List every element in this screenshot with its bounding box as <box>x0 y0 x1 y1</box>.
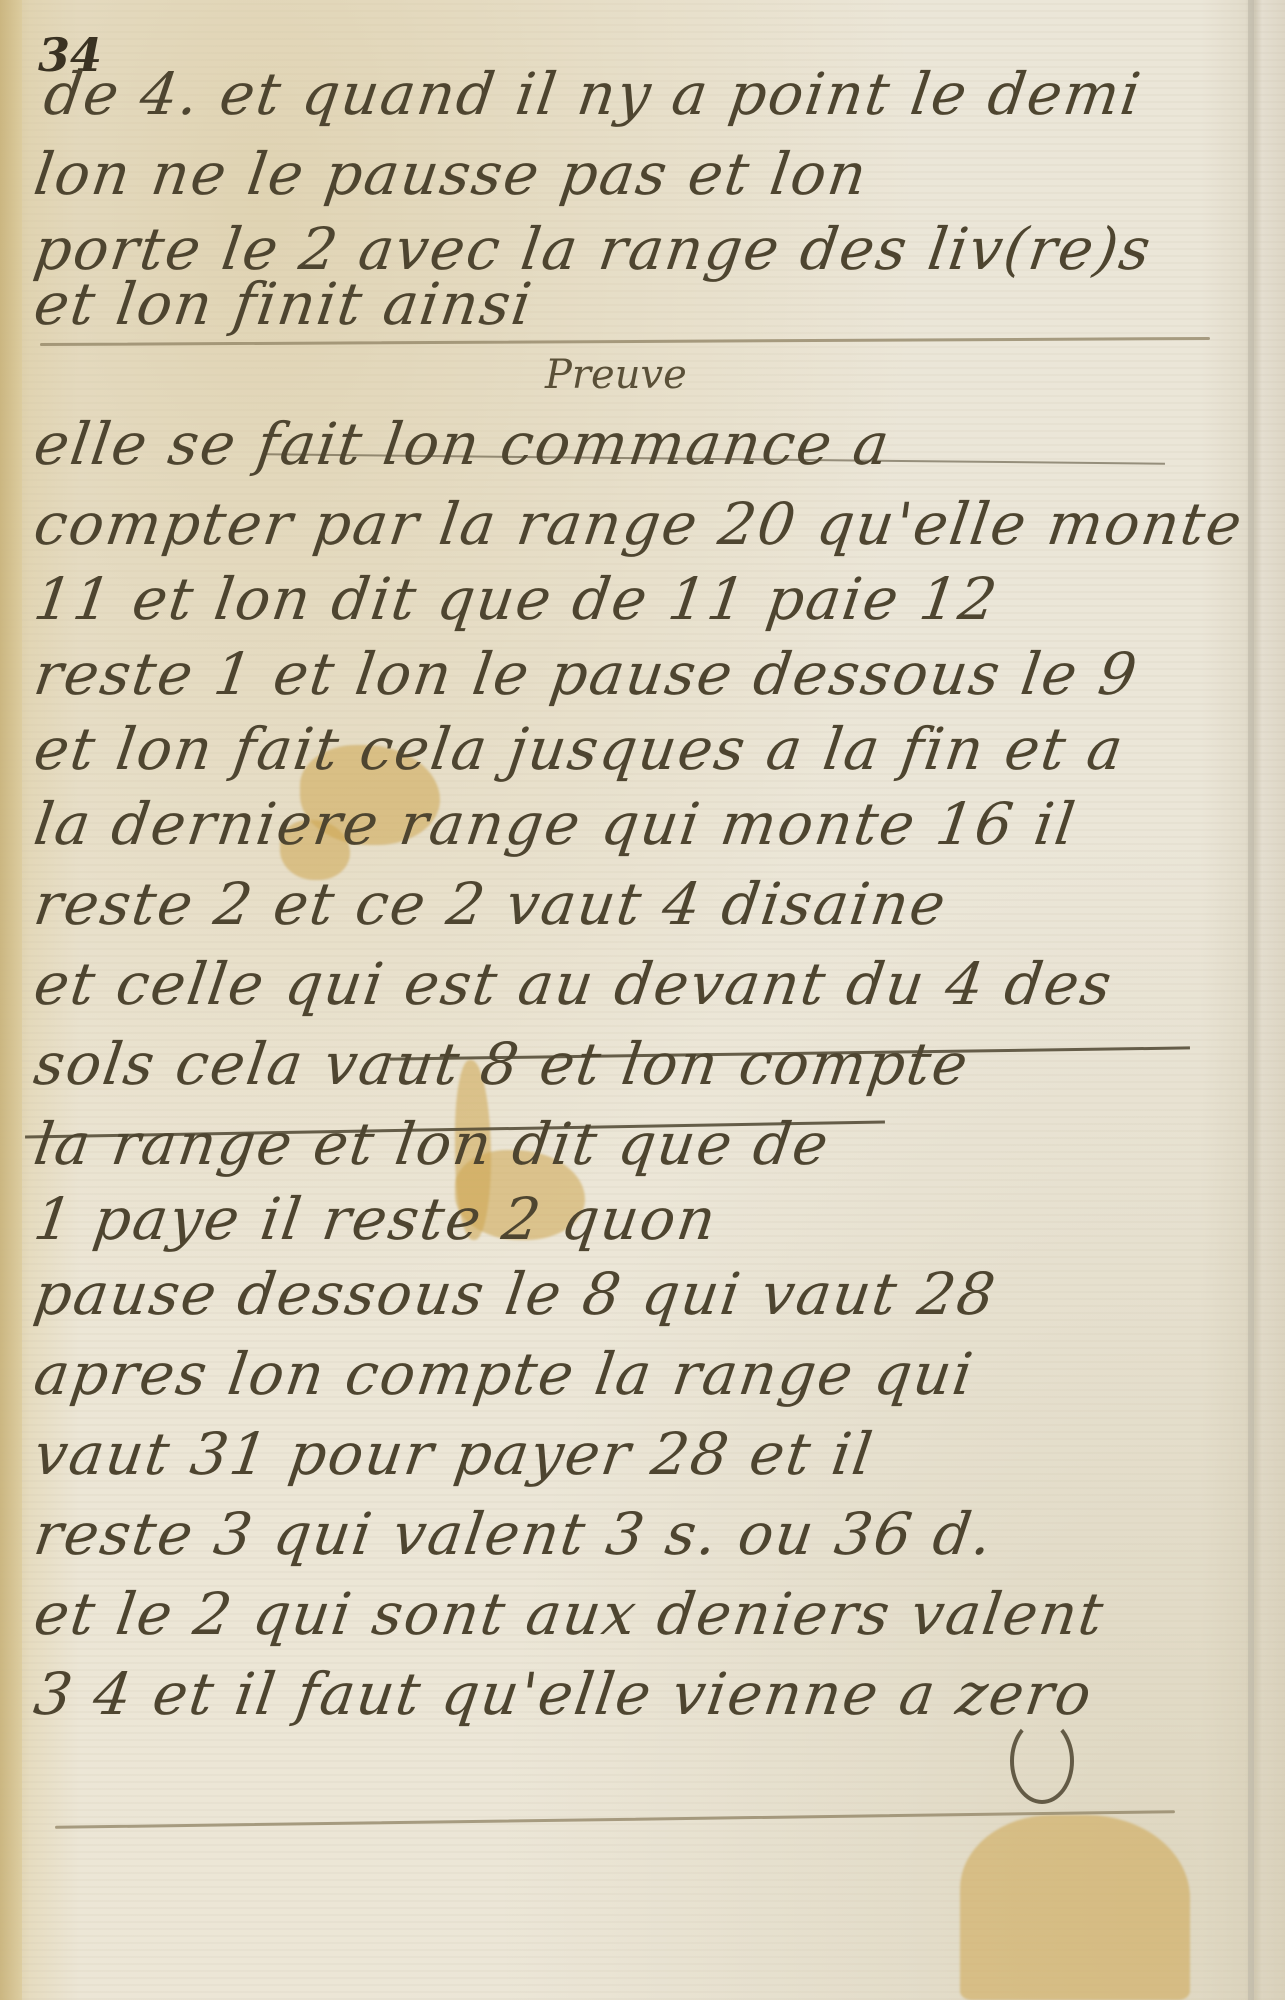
manuscript-page: 34 de 4. et quand il ny a point le demi … <box>0 0 1285 2000</box>
section-divider <box>40 337 1210 346</box>
stain-bottom <box>960 1815 1190 2000</box>
text-line: reste 2 et ce 2 vaut 4 disaine <box>30 870 951 938</box>
text-line: et lon fait cela jusques a la fin et a <box>30 715 1129 783</box>
text-line: lon ne le pausse pas et lon <box>30 140 872 208</box>
text-line: 11 et lon dit que de 11 paie 12 <box>30 565 1003 633</box>
text-line: de 4. et quand il ny a point le demi <box>40 60 1146 128</box>
text-line: pause dessous le 8 qui vaut 28 <box>30 1260 1001 1328</box>
text-line: reste 1 et lon le pause dessous le 9 <box>30 640 1143 708</box>
text-line: et le 2 qui sont aux deniers valent <box>30 1580 1109 1648</box>
insertion-heading: Preuve <box>545 352 687 398</box>
text-line: elle se fait lon commance a <box>30 410 895 478</box>
closing-flourish <box>1010 1718 1074 1804</box>
text-line: et lon finit ainsi <box>30 270 537 338</box>
text-line: compter par la range 20 qu'elle monte <box>30 490 1248 558</box>
text-line: la range et lon dit que de <box>30 1110 834 1178</box>
text-line: vaut 31 pour payer 28 et il <box>30 1420 878 1488</box>
text-line: 3 4 et il faut qu'elle vienne a zero <box>30 1660 1097 1728</box>
text-line: apres lon compte la range qui <box>30 1340 979 1408</box>
page-binding-edge <box>0 0 22 2000</box>
page-right-edge <box>1248 0 1254 2000</box>
text-line: et celle qui est au devant du 4 des <box>30 950 1117 1018</box>
text-line: la derniere range qui monte 16 il <box>30 790 1081 858</box>
text-line: reste 3 qui valent 3 s. ou 36 d. <box>30 1500 998 1568</box>
text-line: sols cela vaut 8 et lon compte <box>30 1030 974 1098</box>
text-line: 1 paye il reste 2 quon <box>30 1185 722 1253</box>
